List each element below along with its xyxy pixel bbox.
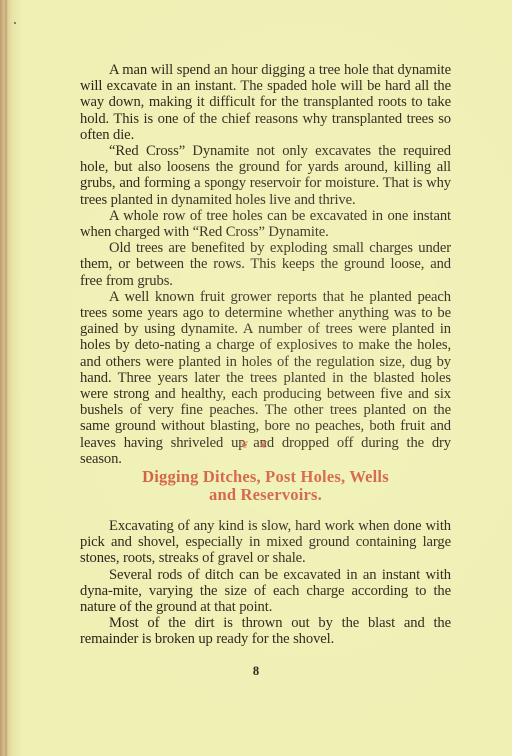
paragraph-tree-hole: A man will spend an hour digging a tree … bbox=[80, 62, 451, 143]
section-1-body: A man will spend an hour digging a tree … bbox=[80, 62, 451, 467]
paragraph-rods-of-ditch: Several rods of ditch can be excavated i… bbox=[80, 567, 451, 616]
heading-line-1: Digging Ditches, Post Holes, Wells bbox=[80, 468, 451, 486]
paragraph-excavating: Excavating of any kind is slow, hard wor… bbox=[80, 518, 451, 567]
paragraph-old-trees: Old trees are benefited by exploding sma… bbox=[80, 240, 451, 289]
section-2-heading: Digging Ditches, Post Holes, Wells and R… bbox=[80, 468, 451, 504]
page-number: 8 bbox=[0, 664, 512, 679]
paragraph-dirt-thrown: Most of the dirt is thrown out by the bl… bbox=[80, 615, 451, 647]
paragraph-red-cross-loosens: “Red Cross” Dynamite not only excavates … bbox=[80, 143, 451, 208]
ornament-divider: ❦ ❦ bbox=[0, 440, 512, 452]
section-2-body: Excavating of any kind is slow, hard wor… bbox=[80, 518, 451, 648]
fleuron-icon: ❦ ❦ bbox=[240, 440, 271, 451]
scanned-page: A man will spend an hour digging a tree … bbox=[0, 0, 512, 756]
paragraph-whole-row: A whole row of tree holes can be excavat… bbox=[80, 208, 451, 240]
paper-speck bbox=[14, 22, 16, 24]
heading-line-2: and Reservoirs. bbox=[80, 486, 451, 504]
